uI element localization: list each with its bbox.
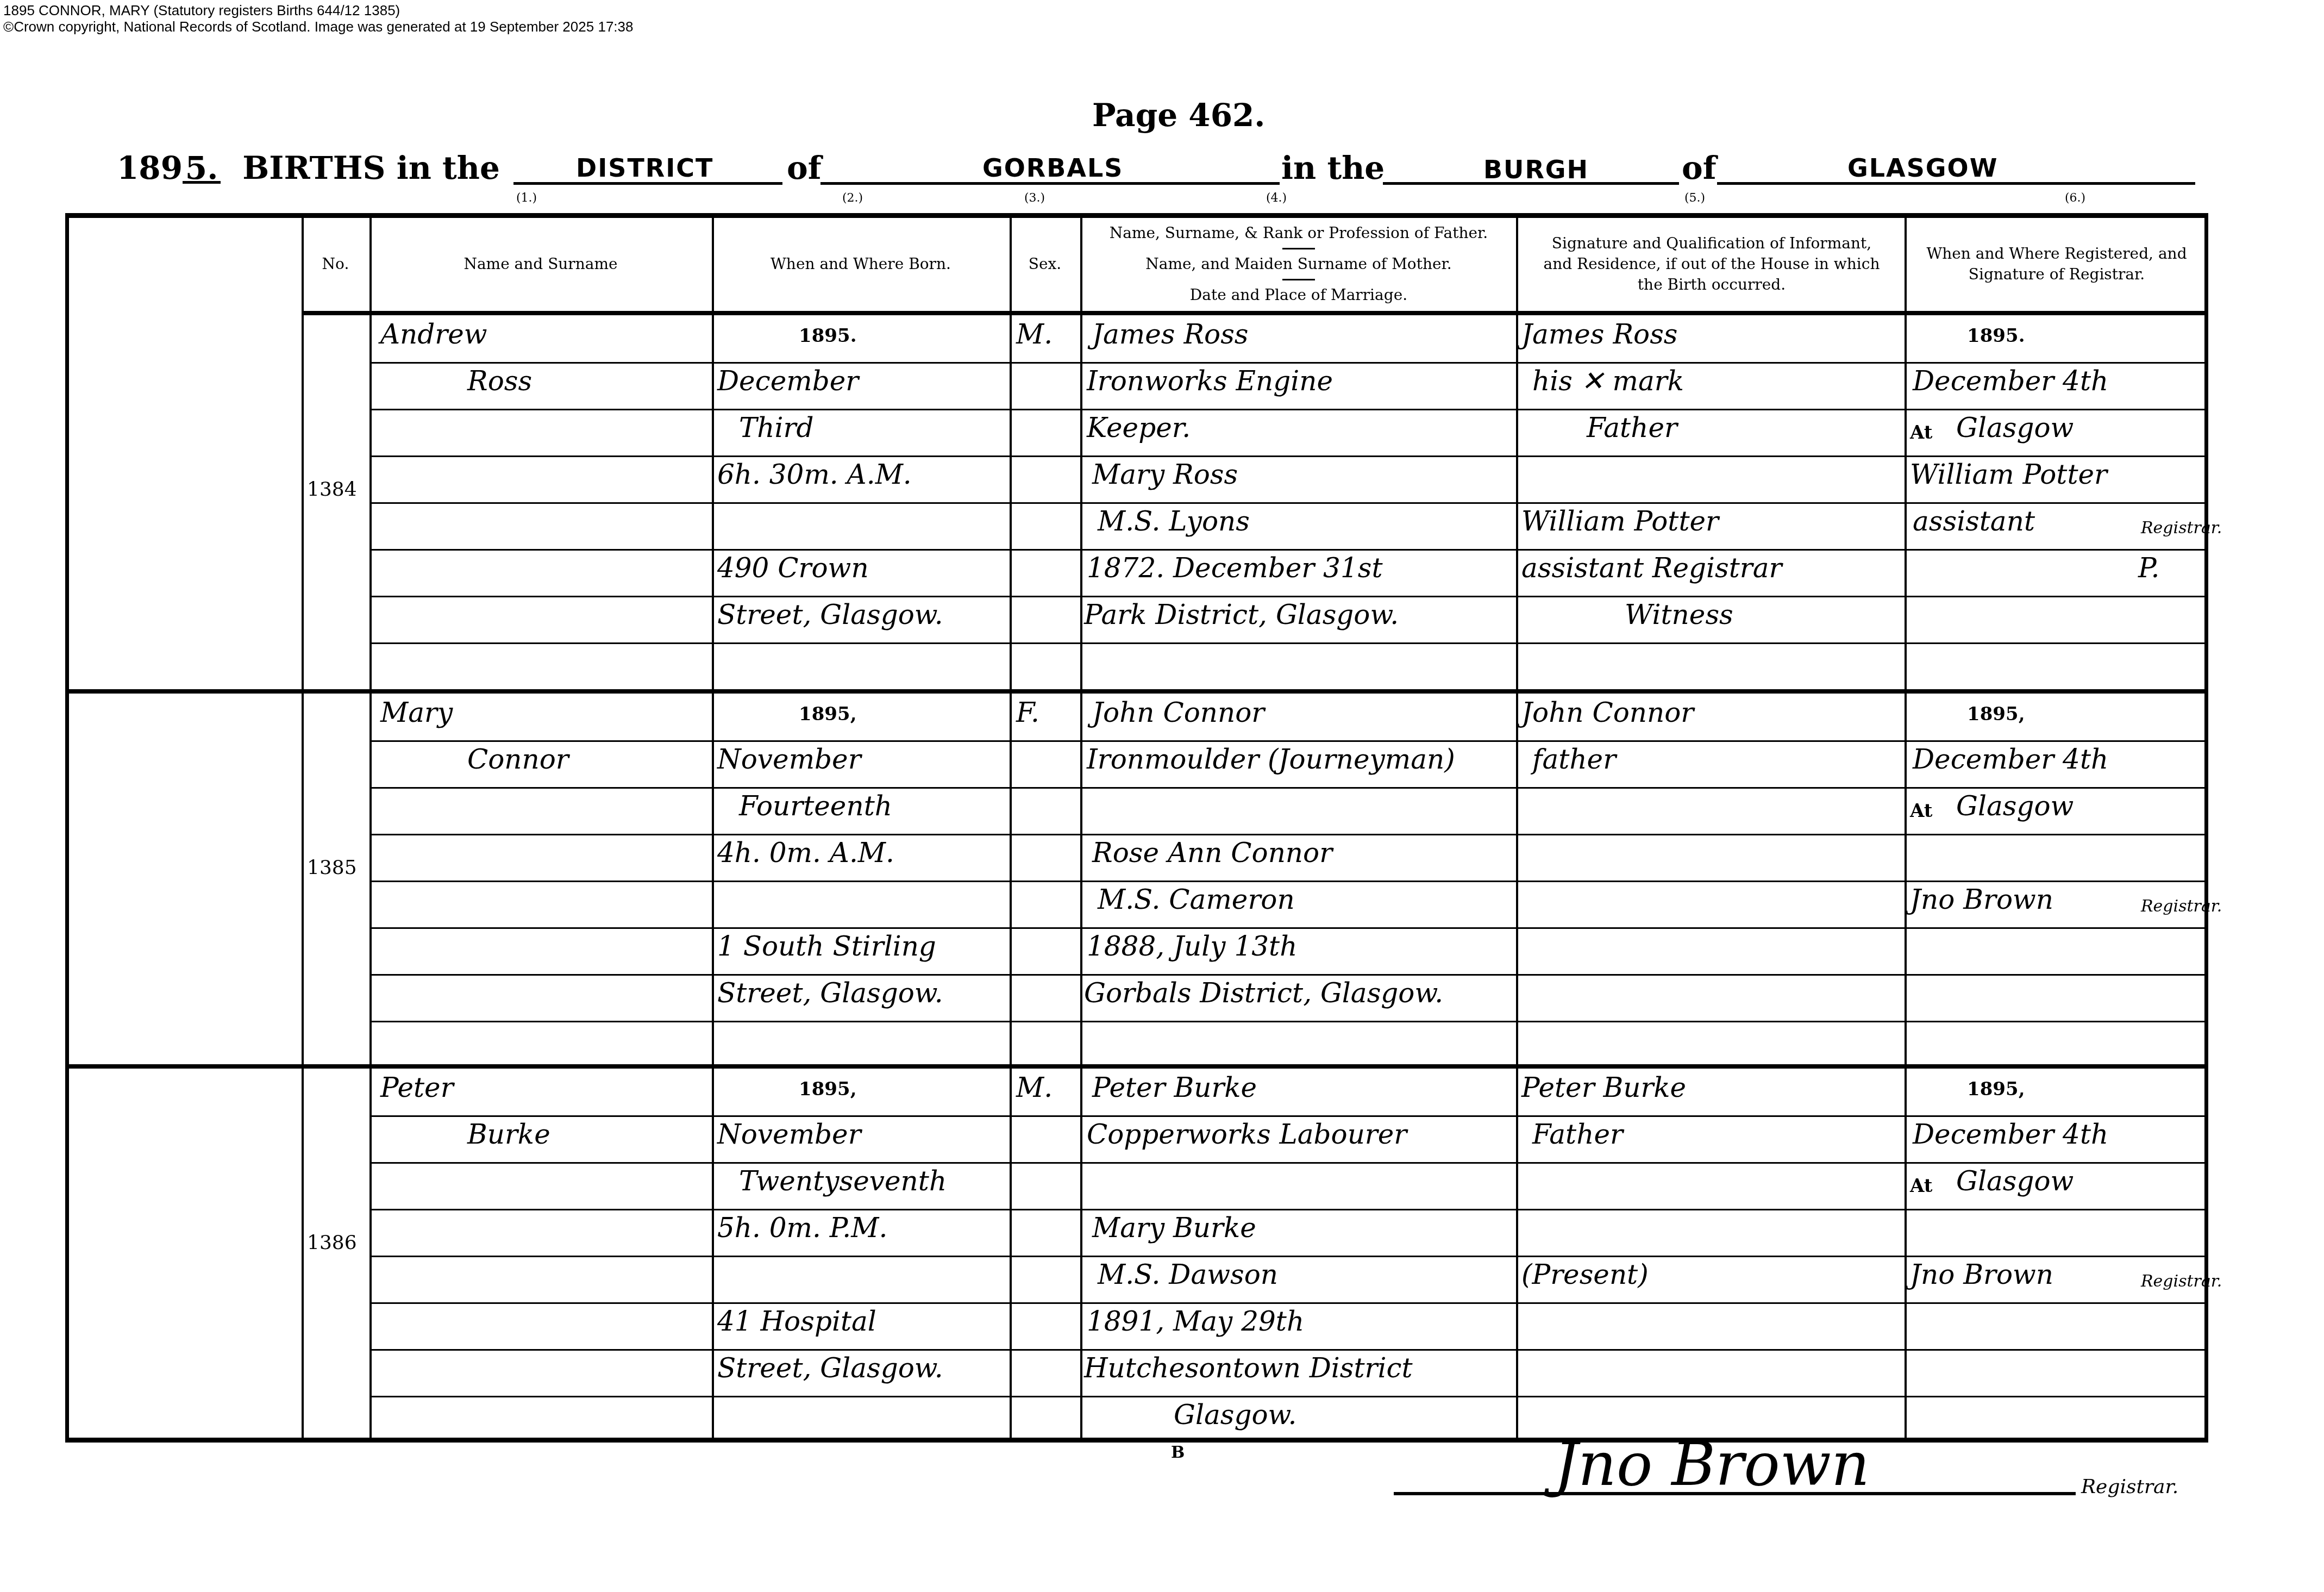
header-father: Name, Surname, & Rank or Profession of F…: [1110, 223, 1488, 244]
header-informant: Signature and Qualification of Informant…: [1527, 217, 1896, 311]
marriage-place-2: Glasgow.: [1174, 1401, 1296, 1428]
informant-line-2: Father: [1532, 1121, 1623, 1148]
born-place-line-2: Street, Glasgow.: [717, 1354, 943, 1382]
footer-registrar-signature: Jno Brown: [1554, 1429, 1870, 1499]
mother-maiden-surname: M.S. Cameron: [1098, 886, 1295, 913]
marriage-date: 1872. December 31st: [1087, 554, 1382, 582]
sex: F.: [1016, 699, 1039, 726]
sex: M.: [1016, 321, 1053, 348]
forename: Andrew: [380, 321, 487, 348]
born-date: November: [717, 746, 861, 773]
column-number-3: (3.): [1024, 191, 1045, 205]
forename: Mary: [380, 699, 453, 726]
born-year: 1895.: [799, 325, 856, 347]
registrar-signature: Jno Brown: [1910, 886, 2053, 913]
of-label-2: of: [1682, 149, 1717, 186]
registered-date: December 4th: [1913, 1121, 2108, 1148]
header-name: Name and Surname: [369, 217, 712, 311]
born-day: Twentyseventh: [739, 1168, 947, 1195]
registered-year: 1895,: [1967, 703, 2025, 725]
father-occupation-2: Keeper.: [1087, 414, 1191, 441]
births-in-the-label: BIRTHS in the: [242, 149, 500, 186]
registrar-signature: William Potter: [1910, 461, 2107, 488]
division-type: DISTRICT: [576, 153, 713, 183]
born-year: 1895,: [799, 1078, 856, 1100]
registrar-signature: Jno Brown: [1910, 1261, 2053, 1288]
header-marriage: Date and Place of Marriage.: [1190, 285, 1407, 305]
registered-at: At: [1910, 422, 1933, 444]
column-number-5: (5.): [1684, 191, 1705, 205]
page-number: Page 462.: [1092, 97, 1266, 134]
year-suffix: 5.: [183, 155, 221, 184]
informant-line-6: Witness: [1625, 601, 1733, 628]
born-date: November: [717, 1121, 861, 1148]
header-no: No.: [302, 217, 369, 311]
register-table: [65, 213, 2208, 1443]
informant-line-4: William Potter: [1521, 508, 1719, 535]
born-place-line-1: 41 Hospital: [717, 1308, 876, 1335]
district-name: GORBALS: [982, 153, 1123, 183]
registered-at: At: [1910, 800, 1933, 822]
column-number-1: (1.): [516, 191, 537, 205]
marriage-place: Hutchesontown District: [1084, 1354, 1413, 1382]
informant-line-2: his ✕ mark: [1532, 367, 1684, 395]
born-day: Third: [739, 414, 813, 441]
born-time: 4h. 0m. A.M.: [717, 839, 894, 866]
registrar-initials: P.: [2138, 554, 2159, 582]
registrar-label: Registrar.: [2141, 519, 2222, 538]
father-occupation-1: Copperworks Labourer: [1087, 1121, 1407, 1148]
copyright-notice: ©Crown copyright, National Records of Sc…: [3, 18, 634, 35]
column-number-4: (4.): [1266, 191, 1287, 205]
registrar-label: Registrar.: [2141, 897, 2222, 916]
marriage-place: Park District, Glasgow.: [1084, 601, 1399, 628]
in-the-label: in the: [1281, 149, 1385, 186]
registered-place: Glasgow: [1956, 792, 2074, 820]
year-prefix: 189: [117, 149, 183, 186]
burgh-name: GLASGOW: [1847, 153, 1998, 183]
born-place-line-1: 490 Crown: [717, 554, 869, 582]
register-title: 1895. BIRTHS in the: [117, 149, 500, 186]
footer-registrar-label: Registrar.: [2081, 1476, 2178, 1498]
header-parents: Name, Surname, & Rank or Profession of F…: [1084, 217, 1513, 311]
informant-line-1: John Connor: [1521, 699, 1694, 726]
registered-place: Glasgow: [1956, 414, 2074, 441]
header-sex: Sex.: [1010, 217, 1080, 311]
header-born: When and Where Born.: [712, 217, 1010, 311]
registered-year: 1895,: [1967, 1078, 2025, 1100]
header-mother: Name, and Maiden Surname of Mother.: [1145, 254, 1451, 274]
mother-maiden-surname: M.S. Dawson: [1098, 1261, 1278, 1288]
born-time: 6h. 30m. A.M.: [717, 461, 912, 488]
footer-letter: B: [1171, 1443, 1185, 1462]
born-year: 1895,: [799, 703, 856, 725]
registrar-qualification: assistant: [1913, 508, 2035, 535]
father-occupation-1: Ironmoulder (Journeyman): [1087, 746, 1455, 773]
born-place-line-2: Street, Glasgow.: [717, 979, 943, 1007]
marriage-date: 1888, July 13th: [1087, 933, 1297, 960]
surname: Burke: [467, 1121, 550, 1148]
mother-maiden-surname: M.S. Lyons: [1098, 508, 1250, 535]
mother-name: Rose Ann Connor: [1092, 839, 1332, 866]
informant-line-5: assistant Registrar: [1521, 554, 1782, 582]
entry-number: 1386: [307, 1232, 357, 1254]
father-name: Peter Burke: [1092, 1074, 1257, 1101]
registered-year: 1895.: [1967, 325, 2025, 347]
forename: Peter: [380, 1074, 454, 1101]
informant-line-2: father: [1532, 746, 1616, 773]
entry-number: 1385: [307, 857, 357, 879]
father-name: John Connor: [1092, 699, 1264, 726]
marriage-date: 1891, May 29th: [1087, 1308, 1304, 1335]
burgh-type: BURGH: [1483, 155, 1589, 184]
column-number-6: (6.): [2065, 191, 2085, 205]
entry-number: 1384: [307, 478, 357, 501]
header-registered: When and Where Registered, and Signature…: [1913, 217, 2201, 311]
born-place-line-1: 1 South Stirling: [717, 933, 936, 960]
informant-line-1: Peter Burke: [1521, 1074, 1686, 1101]
informant-line-1: James Ross: [1521, 321, 1677, 348]
of-label-1: of: [787, 149, 822, 186]
born-time: 5h. 0m. P.M.: [717, 1214, 887, 1241]
column-number-2: (2.): [842, 191, 863, 205]
registered-place: Glasgow: [1956, 1168, 2074, 1195]
surname: Connor: [467, 746, 569, 773]
informant-line-3: Father: [1587, 414, 1677, 441]
record-title: 1895 CONNOR, MARY (Statutory registers B…: [3, 2, 400, 18]
born-date: December: [717, 367, 859, 395]
mother-name: Mary Ross: [1092, 461, 1238, 488]
registrar-label: Registrar.: [2141, 1272, 2222, 1291]
father-occupation-1: Ironworks Engine: [1087, 367, 1333, 395]
registered-date: December 4th: [1913, 746, 2108, 773]
mother-name: Mary Burke: [1092, 1214, 1256, 1241]
sex: M.: [1016, 1074, 1053, 1101]
registered-date: December 4th: [1913, 367, 2108, 395]
born-day: Fourteenth: [739, 792, 892, 820]
father-name: James Ross: [1092, 321, 1248, 348]
marriage-place: Gorbals District, Glasgow.: [1084, 979, 1443, 1007]
surname: Ross: [467, 367, 532, 395]
born-place-line-2: Street, Glasgow.: [717, 601, 943, 628]
registered-at: At: [1910, 1175, 1933, 1197]
informant-line-4: (Present): [1521, 1261, 1649, 1288]
